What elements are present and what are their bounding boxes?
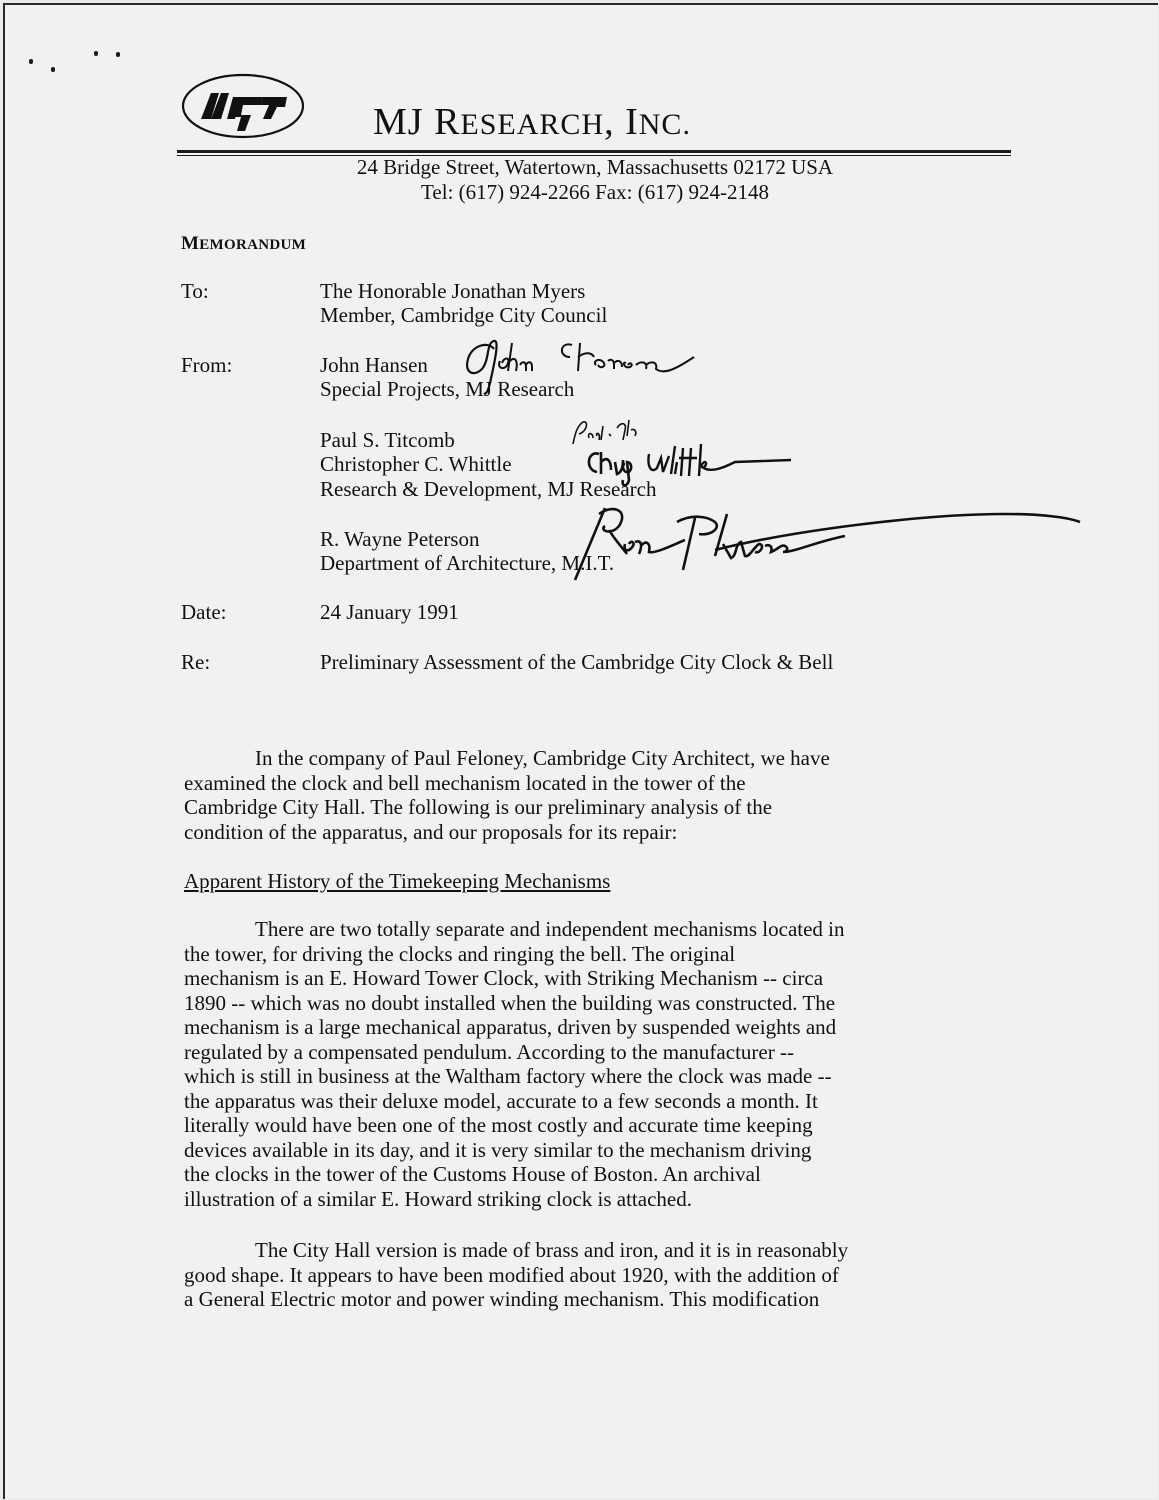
from-name-titcomb: Paul S. Titcomb [320, 430, 455, 451]
company-phone-fax: Tel: (617) 924-2266 Fax: (617) 924-2148 [5, 182, 1159, 203]
company-name: MJ RESEARCH, INC. [373, 103, 691, 141]
from-name-whittle: Christopher C. Whittle [320, 454, 512, 475]
from-affiliation-mit: Department of Architecture, M.I.T. [320, 553, 614, 574]
scan-speck [51, 67, 55, 72]
scan-speck [94, 51, 98, 56]
history-text: There are two totally separate and indep… [184, 917, 1044, 1211]
re-label: Re: [181, 652, 210, 673]
memo-date: 24 January 1991 [320, 602, 459, 623]
from-label: From: [181, 355, 232, 376]
memo-page: MJ RESEARCH, INC. 24 Bridge Street, Wate… [3, 3, 1158, 1499]
from-affiliation-rnd: Research & Development, MJ Research [320, 479, 656, 500]
memo-title: MEMORANDUM [181, 233, 306, 255]
history-paragraph: There are two totally separate and indep… [184, 917, 1044, 1211]
to-label: To: [181, 281, 209, 302]
memo-subject: Preliminary Assessment of the Cambridge … [320, 652, 833, 673]
from-name-peterson: R. Wayne Peterson [320, 529, 479, 550]
signature-peterson [565, 500, 1085, 585]
modification-text: The City Hall version is made of brass a… [184, 1238, 1024, 1312]
company-logo-icon [181, 73, 305, 139]
intro-paragraph: In the company of Paul Feloney, Cambridg… [184, 746, 1024, 844]
scan-speck [116, 52, 120, 57]
to-line-1: The Honorable Jonathan Myers [320, 281, 585, 302]
letterhead-rule [177, 150, 1011, 153]
company-address: 24 Bridge Street, Watertown, Massachuset… [5, 157, 1159, 178]
section-heading: Apparent History of the Timekeeping Mech… [184, 869, 610, 894]
modification-paragraph: The City Hall version is made of brass a… [184, 1238, 1024, 1312]
to-line-2: Member, Cambridge City Council [320, 305, 607, 326]
date-label: Date: [181, 602, 226, 623]
scan-speck [29, 59, 33, 64]
from-affiliation-hansen: Special Projects, MJ Research [320, 379, 574, 400]
intro-text: In the company of Paul Feloney, Cambridg… [184, 746, 1024, 844]
from-name-hansen: John Hansen [320, 355, 428, 376]
